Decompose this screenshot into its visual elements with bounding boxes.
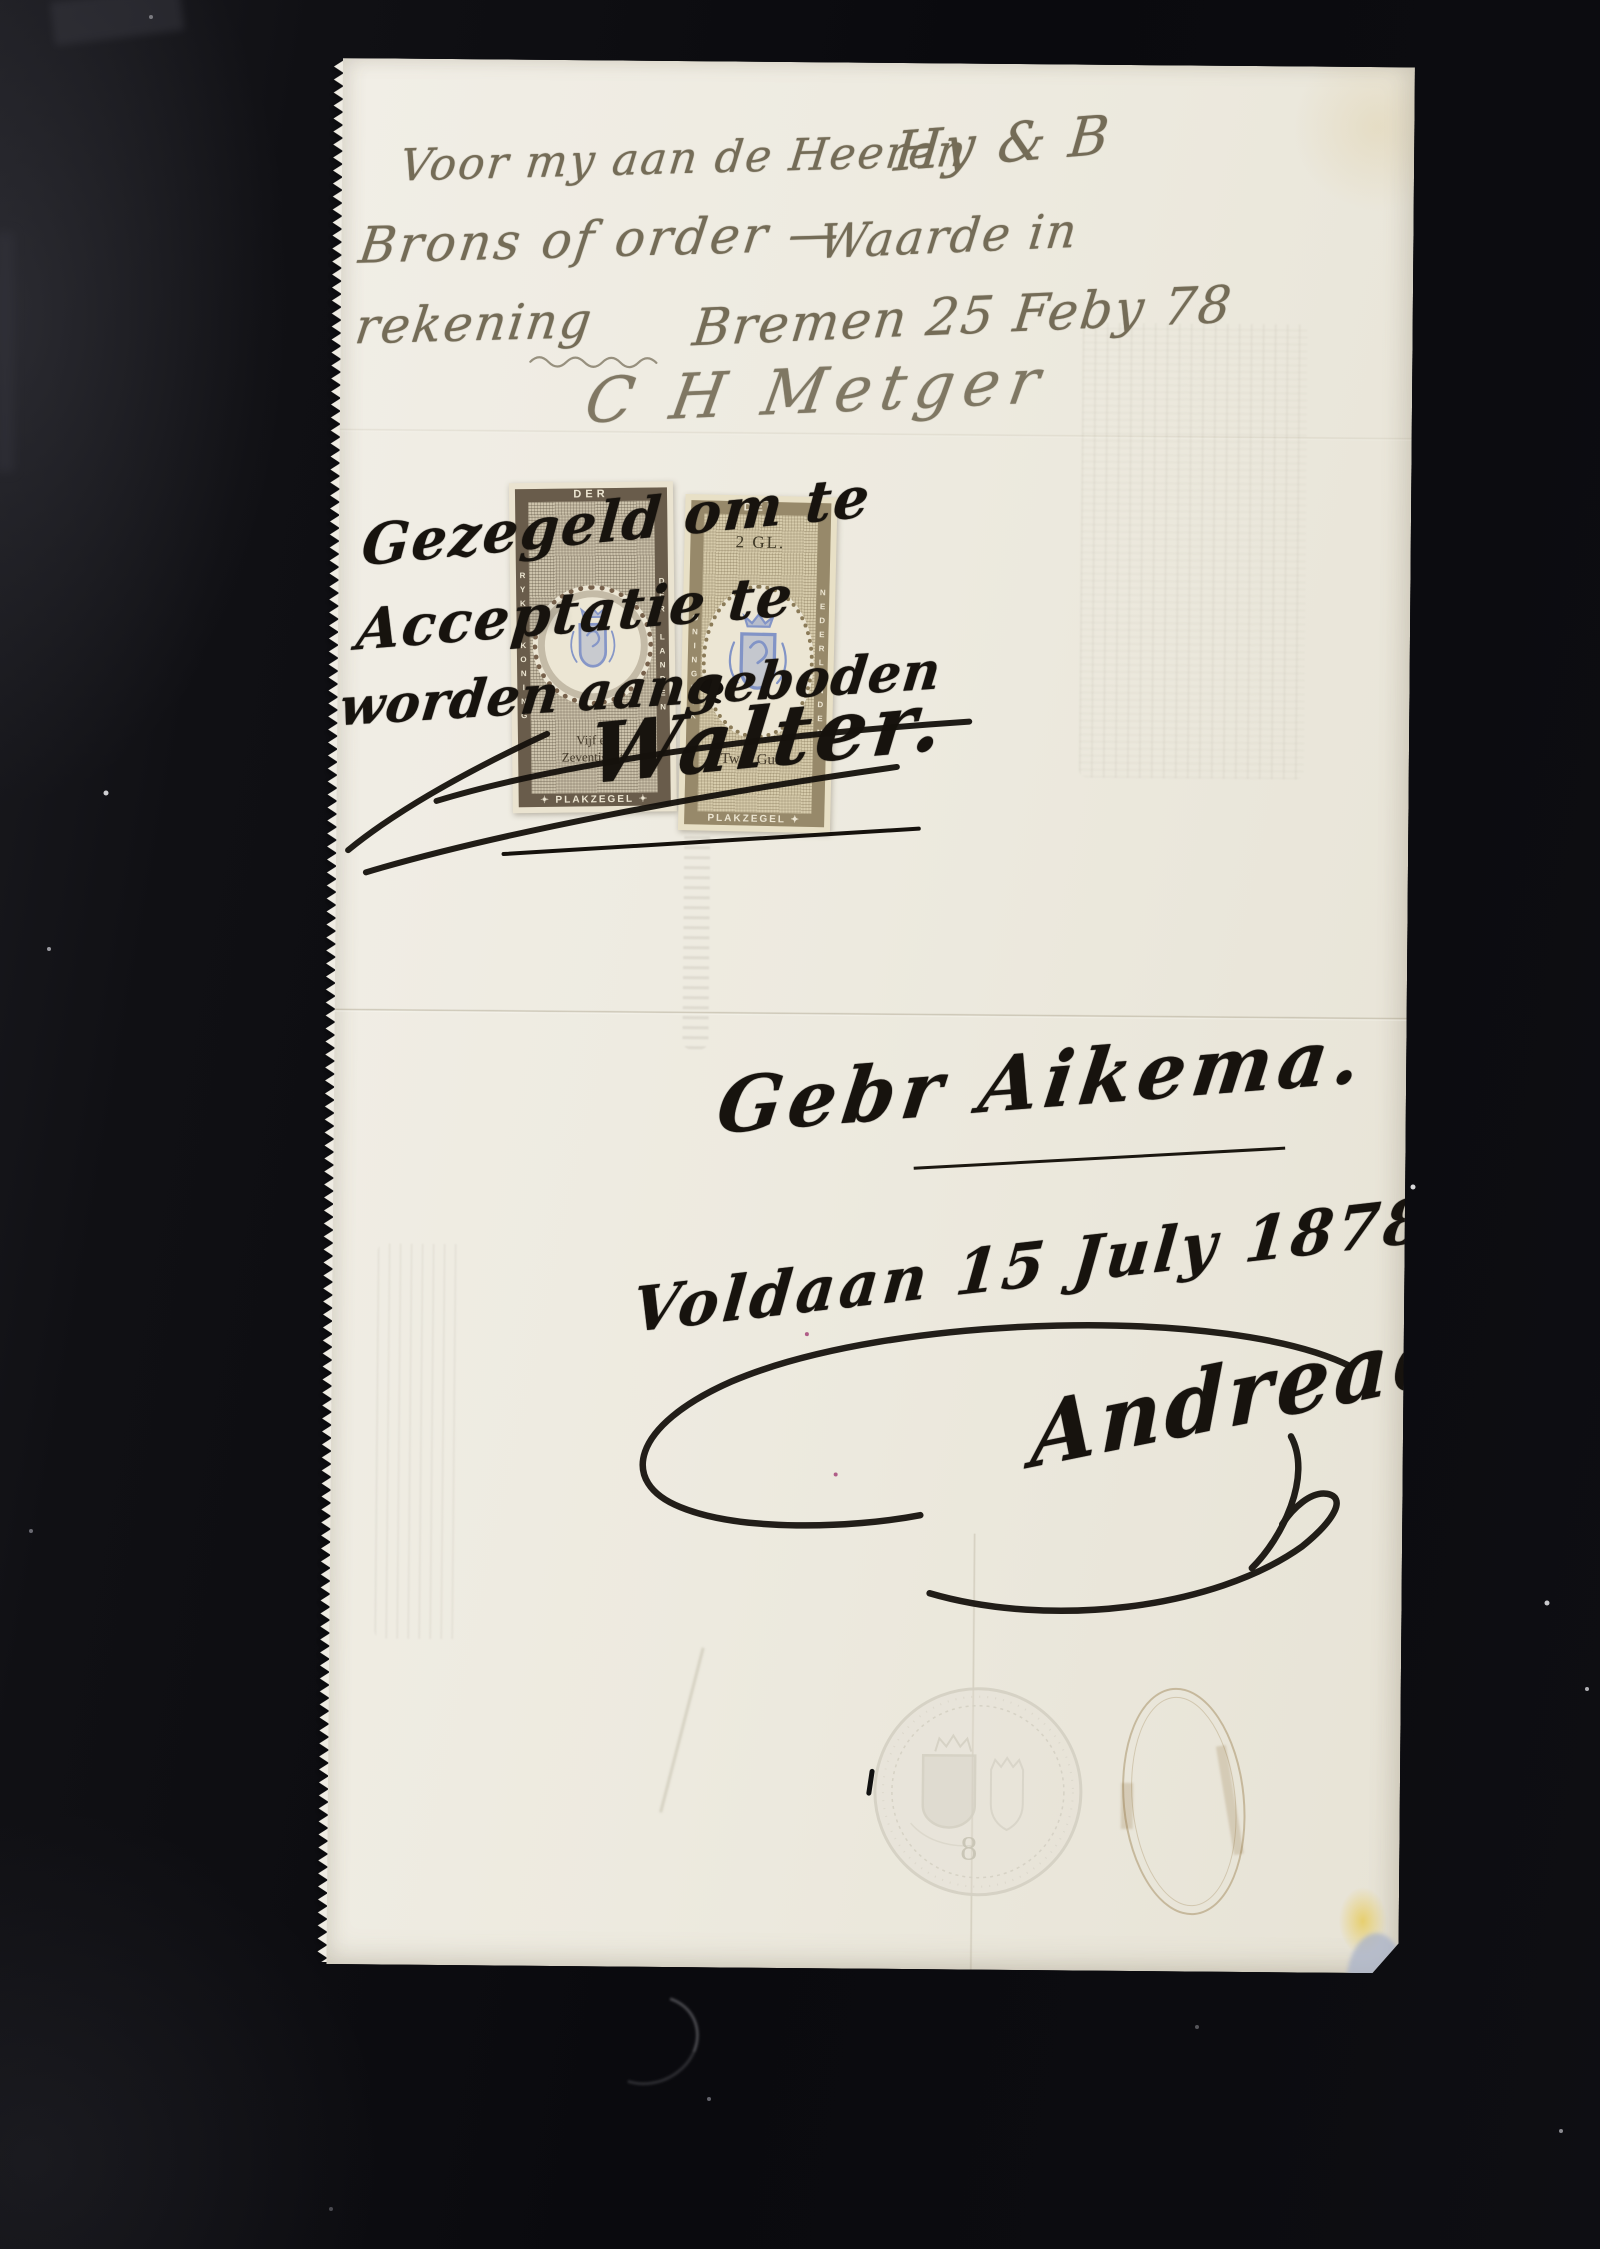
paper-sheet: Voor my aan de Heeren Hy & B Brons of or… [326, 58, 1415, 1973]
stamp-bottom-label: PLAKZEGEL ✦ [697, 811, 811, 827]
payee-line: Gebr Aikema. [712, 1010, 1372, 1151]
seal-number: 8 [960, 1831, 977, 1868]
endorsement-line2: Brons of order — [356, 204, 846, 275]
endorsement-line3: rekening [352, 292, 597, 355]
document-paper: Voor my aan de Heeren Hy & B Brons of or… [316, 58, 1415, 1975]
handstamp-ink-trace [1121, 1783, 1133, 1829]
red-speck [805, 1332, 809, 1336]
dust-specks [0, 0, 2, 2]
walter-underline [501, 827, 920, 857]
endorsement-line2b: Waarde in [816, 204, 1081, 271]
album-corner-glint [50, 0, 184, 46]
paid-line: Voldaan 15 July 1878 [630, 1184, 1415, 1347]
red-speck [834, 1472, 838, 1476]
embossed-seal: 8 [862, 1673, 1094, 1911]
ghost-show-through [1079, 323, 1308, 780]
endorsement-line1: Voor my aan de Heeren [397, 126, 970, 192]
photo-background: Voor my aan de Heeren Hy & B Brons of or… [0, 0, 1600, 2249]
fold-crease [659, 1647, 704, 1812]
album-edge-streak [0, 232, 14, 472]
endorsement-line1-names: Hy & B [892, 103, 1115, 184]
ghost-show-through [374, 1243, 462, 1639]
album-page-arc [585, 1979, 714, 2101]
payee-underline [914, 1147, 1286, 1170]
paid-signature: Andreae [1030, 1300, 1415, 1489]
oval-handstamp [1112, 1682, 1255, 1921]
